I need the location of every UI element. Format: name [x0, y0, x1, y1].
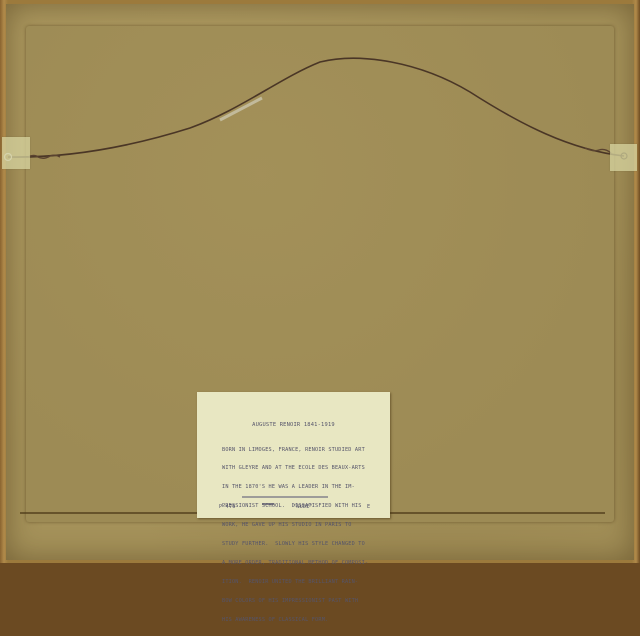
label-line: BORN IN LIMOGES, FRANCE, RENOIR STUDIED …	[222, 447, 377, 453]
catalog-number: P-476	[219, 504, 236, 510]
label-body: BORN IN LIMOGES, FRANCE, RENOIR STUDIED …	[222, 434, 377, 563]
label-title: AUGUSTE RENOIR 1841-1919	[197, 422, 390, 428]
artwork-title: "NUDE"	[293, 504, 313, 510]
label-code: E	[367, 504, 370, 510]
left-tape-patch	[2, 137, 30, 169]
label-line: STUDY FURTHER. SLOWLY HIS STYLE CHANGED …	[222, 541, 377, 547]
label-underline	[242, 496, 328, 498]
label-line: WITH GLEYRE AND AT THE ECOLE DES BEAUX-A…	[222, 465, 377, 471]
ink-mark	[262, 503, 274, 505]
label-line: WORK, HE GAVE UP HIS STUDIO IN PARIS TO	[222, 522, 377, 528]
label-line: IN THE 1870'S HE WAS A LEADER IN THE IM-	[222, 484, 377, 490]
right-tape-patch	[610, 144, 637, 171]
artwork-label: AUGUSTE RENOIR 1841-1919 BORN IN LIMOGES…	[197, 392, 390, 518]
